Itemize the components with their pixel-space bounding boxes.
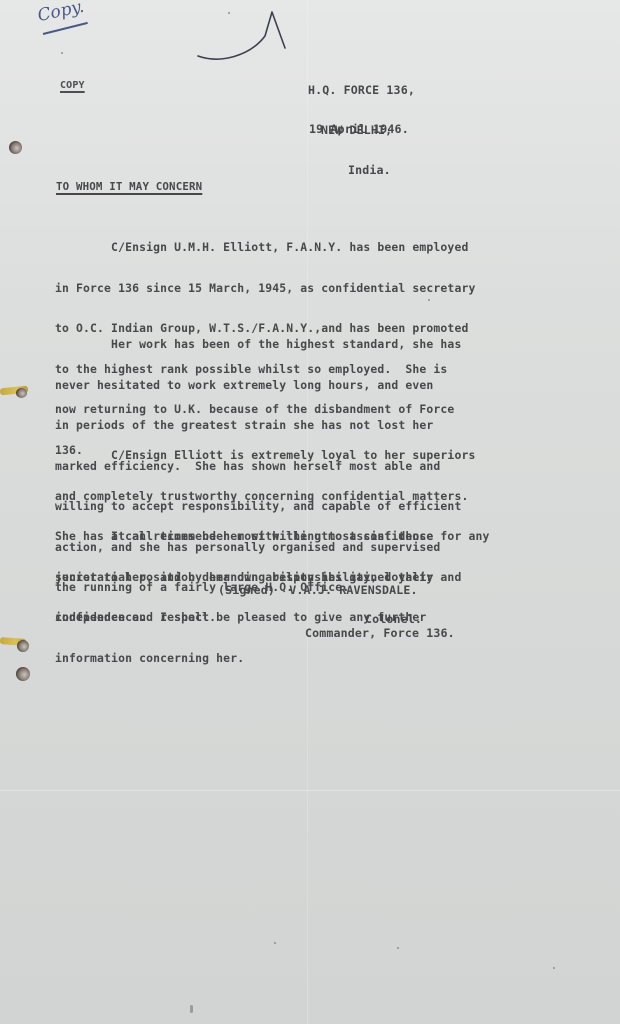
punch-hole-top (9, 141, 22, 154)
address-line-1: H.Q. FORCE 136, (308, 84, 415, 97)
paper-speck (274, 942, 276, 944)
letter-page: Copy. COPY H.Q. FORCE 136, NEW DELHI, In… (0, 0, 620, 1024)
punch-hole-middle (16, 388, 27, 398)
handwritten-pen-mark-icon (195, 8, 295, 64)
paragraph-line: information concerning her. (55, 652, 489, 666)
paragraph-line: I can recommend her with the utmost conf… (55, 530, 489, 544)
paragraph-line: C/Ensign Elliott is extremely loyal to h… (55, 449, 475, 463)
paper-speck (553, 967, 555, 969)
copy-label: COPY (60, 79, 85, 92)
punch-hole-lower-2 (16, 667, 30, 681)
punch-hole-lower-1 (17, 640, 29, 652)
paper-speck (228, 12, 230, 14)
paper-smudge (190, 1005, 193, 1013)
paragraph-line: secretarial position demanding responsib… (55, 571, 489, 585)
paragraph-line: Her work has been of the highest standar… (55, 338, 461, 352)
paper-speck (428, 299, 430, 301)
salutation-heading: TO WHOM IT MAY CONCERN (56, 180, 202, 193)
paragraph-line: independence. I shall be pleased to give… (55, 611, 489, 625)
paper-speck (397, 947, 399, 949)
handwritten-copy-note: Copy. (36, 0, 86, 26)
paragraph-line: never hesitated to work extremely long h… (55, 379, 461, 393)
letter-date: 19 April 1946. (309, 123, 409, 136)
paragraph-line: and completely trustworthy concerning co… (55, 490, 475, 504)
signatory-title: Commander, Force 136. (305, 627, 455, 640)
signatory-rank: Colonel. (365, 613, 422, 626)
paper-speck (61, 52, 63, 54)
fold-crease-horizontal (0, 790, 620, 791)
signature-line: (Signed) V.A.J. RAVENSDALE. (218, 584, 418, 597)
paragraph-line: C/Ensign U.M.H. Elliott, F.A.N.Y. has be… (55, 241, 475, 255)
body-paragraph-4: I can recommend her with the utmost conf… (55, 503, 489, 692)
paragraph-line: in Force 136 since 15 March, 1945, as co… (55, 282, 475, 296)
address-line-3: India. (308, 164, 415, 177)
